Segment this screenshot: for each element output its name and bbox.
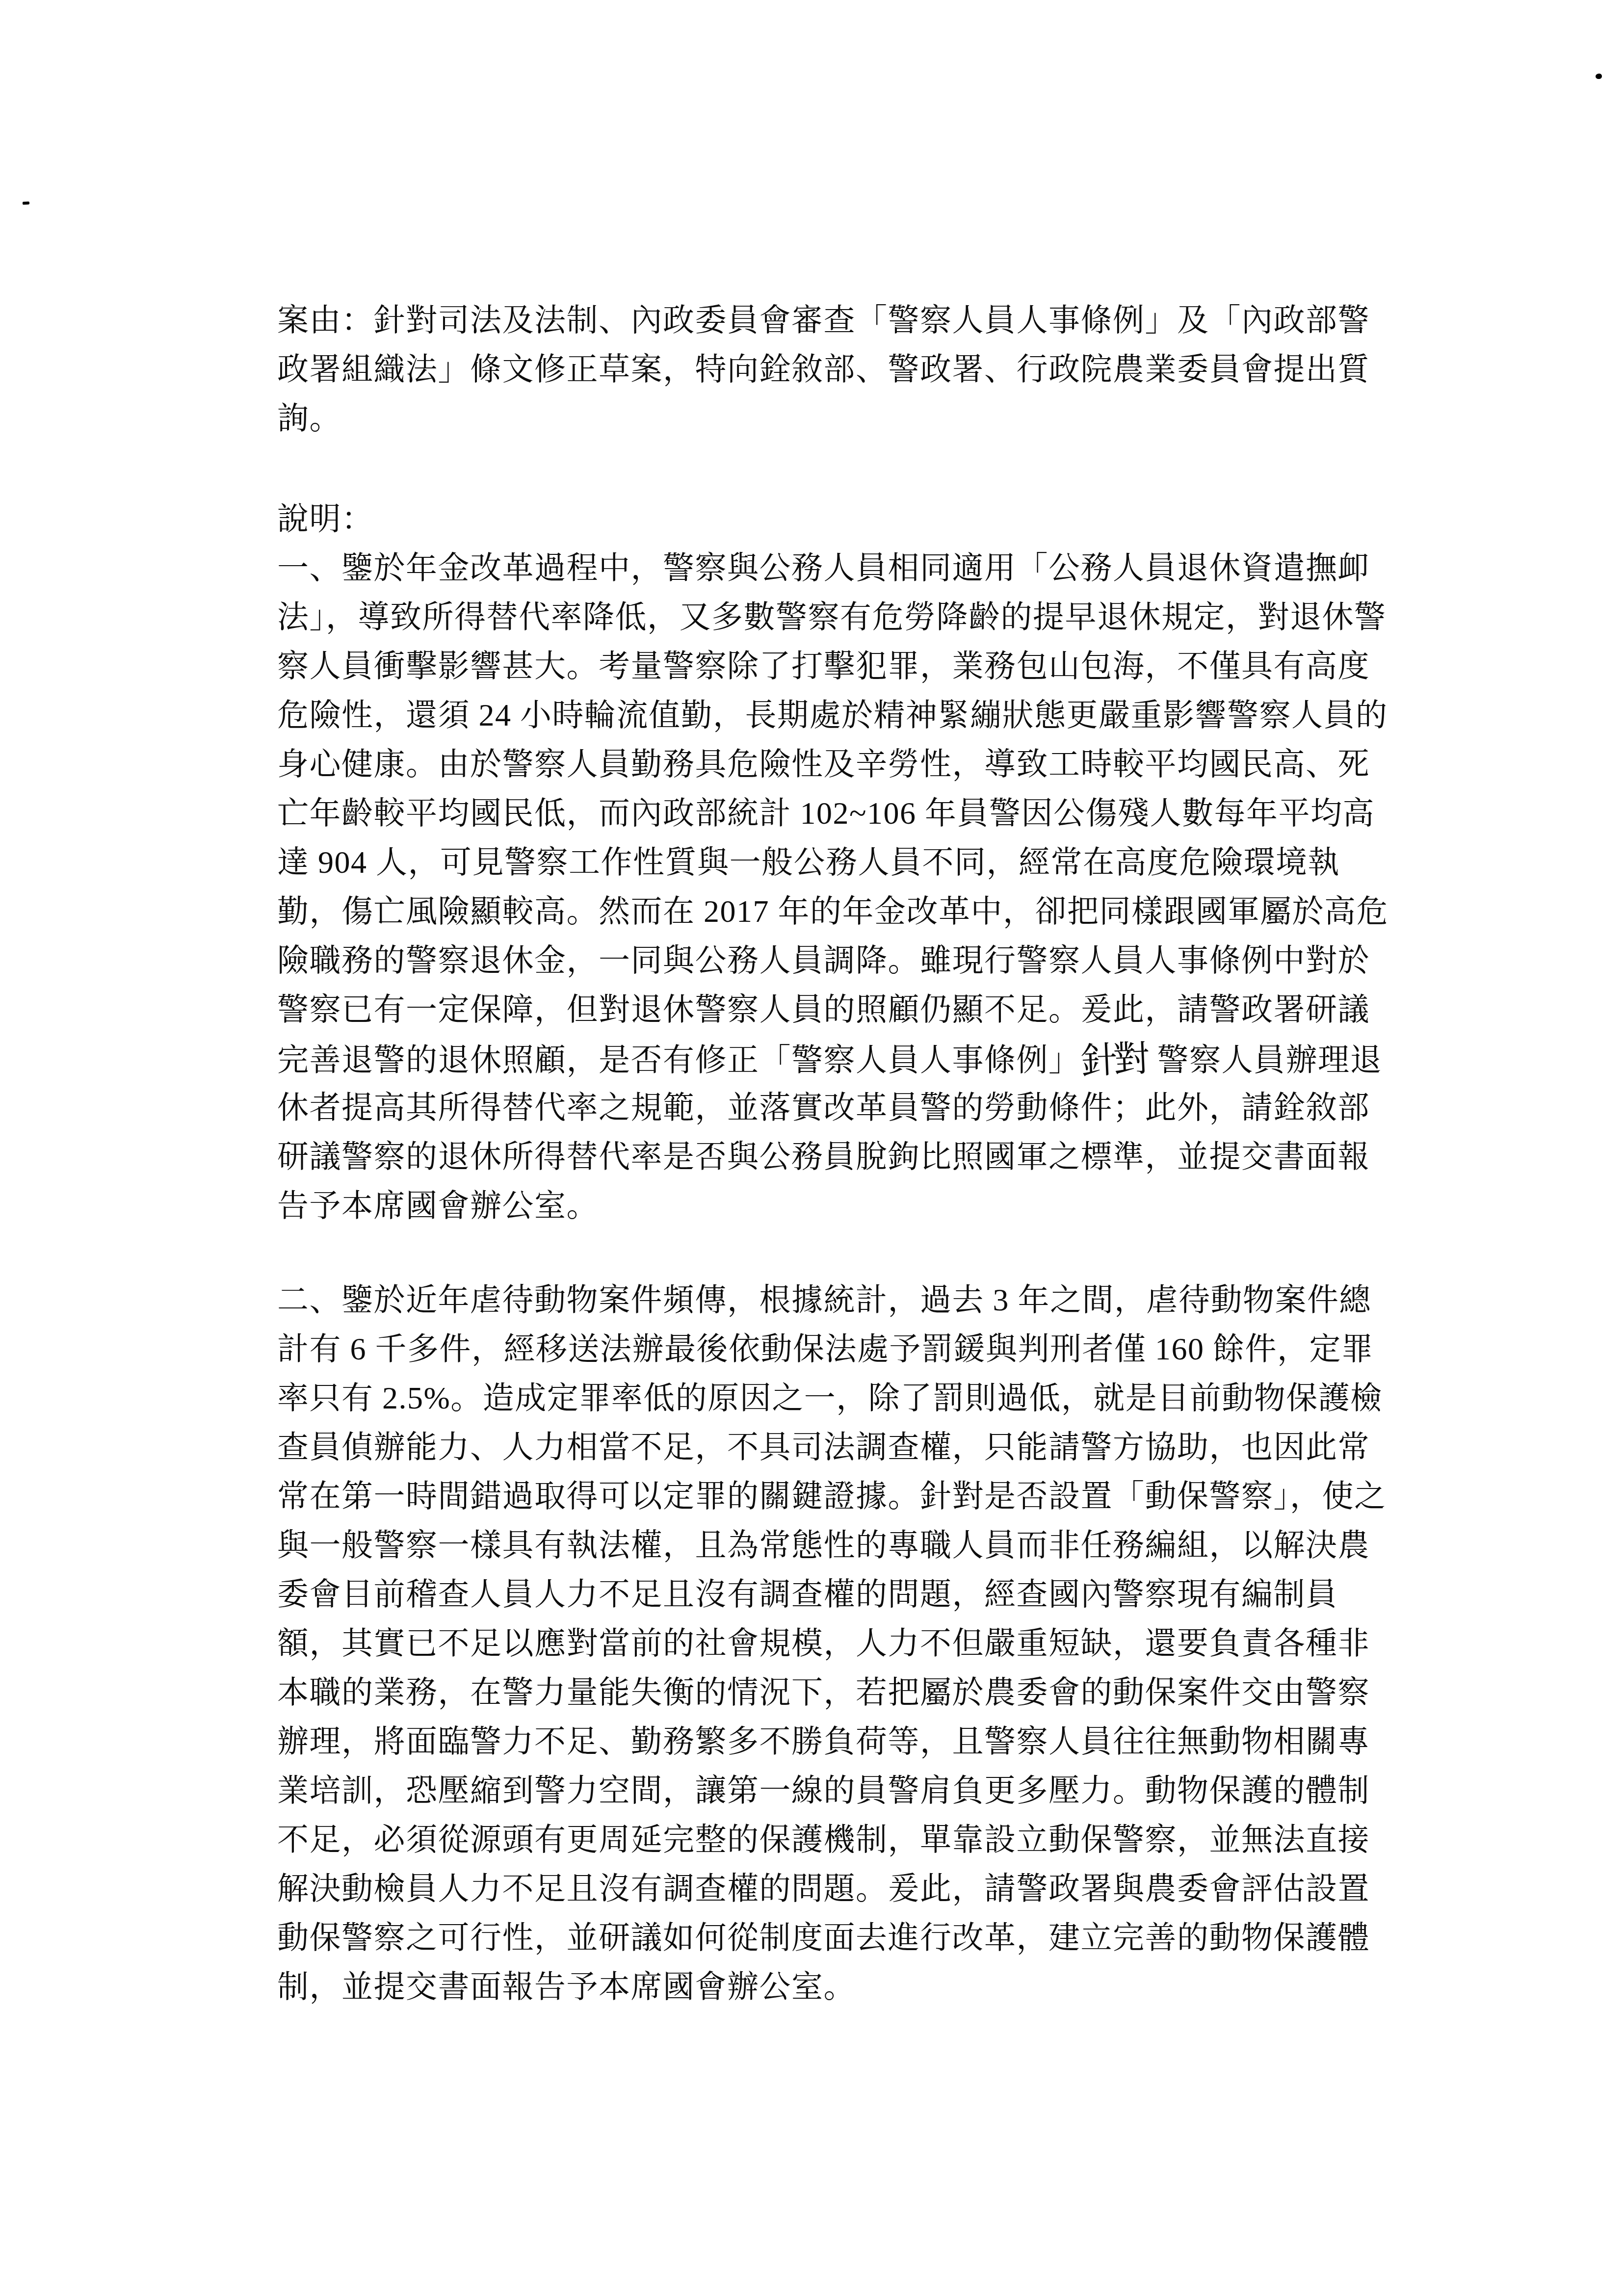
item1-line: 察人員衝擊影響甚大。考量警察除了打擊犯罪，業務包山包海，不僅具有高度 (277, 642, 1474, 691)
item2-line: 解決動檢員人力不足且沒有調查權的問題。爰此，請警政署與農委會評估設置 (277, 1864, 1474, 1913)
item1-line: 達 904 人，可見警察工作性質與一般公務人員不同，經常在高度危險環境執 (277, 838, 1474, 887)
explanation-heading: 說明： (277, 495, 1474, 544)
item2-line: 動保警察之可行性，並研議如何從制度面去進行改革，建立完善的動物保護體 (277, 1913, 1474, 1962)
explanation-section: 說明： 一、鑒於年金改革過程中，警察與公務人員相同適用「公務人員退休資遣撫卹 法… (277, 495, 1474, 1230)
item1-line: 研議警察的退休所得替代率是否與公務員脫鉤比照國軍之標準，並提交書面報 (277, 1132, 1474, 1181)
case-line: 政署組織法」條文修正草案，特向銓敘部、警政署、行政院農業委員會提出質 (277, 345, 1474, 394)
document-page: 案由：針對司法及法制、內政委員會審查「警察人員人事條例」及「內政部警 政署組織法… (0, 0, 1624, 2296)
case-paragraph: 案由：針對司法及法制、內政委員會審查「警察人員人事條例」及「內政部警 政署組織法… (277, 296, 1474, 443)
item2-line: 二、鑒於近年虐待動物案件頻傳，根據統計，過去 3 年之間，虐待動物案件總 (277, 1276, 1474, 1325)
explanation-item-2: 二、鑒於近年虐待動物案件頻傳，根據統計，過去 3 年之間，虐待動物案件總 計有 … (277, 1276, 1474, 2011)
item2-line: 額，其實已不足以應對當前的社會規模，人力不但嚴重短缺，還要負責各種非 (277, 1619, 1474, 1668)
item2-line: 辦理，將面臨警力不足、勤務繁多不勝負荷等，且警察人員往往無動物相關專 (277, 1717, 1474, 1766)
item1-line: 休者提高其所得替代率之規範，並落實改革員警的勞動條件；此外，請銓敘部 (277, 1083, 1474, 1132)
item1-line: 一、鑒於年金改革過程中，警察與公務人員相同適用「公務人員退休資遣撫卹 (277, 544, 1474, 593)
item2-line: 委會目前稽查人員人力不足且沒有調查權的問題，經查國內警察現有編制員 (277, 1570, 1474, 1619)
item2-line: 不足，必須從源頭有更周延完整的保護機制，單靠設立動保警察，並無法直接 (277, 1815, 1474, 1864)
printed-text-before-insertion: 完善退警的退休照顧，是否有修正「警察人員人事條例」 (277, 1043, 1081, 1077)
item2-line: 制，並提交書面報告予本席國會辦公室。 (277, 1962, 1474, 2011)
item2-line: 計有 6 千多件，經移送法辦最後依動保法處予罰鍰與判刑者僅 160 餘件，定罪 (277, 1325, 1474, 1374)
item2-line: 業培訓，恐壓縮到警力空間，讓第一線的員警肩負更多壓力。動物保護的體制 (277, 1766, 1474, 1815)
printed-text-after-insertion: 警察人員辦理退 (1157, 1043, 1383, 1077)
scan-speck (23, 202, 29, 205)
item1-line: 警察已有一定保障，但對退休警察人員的照顧仍顯不足。爰此，請警政署研議 (277, 985, 1474, 1034)
item1-line: 險職務的警察退休金，一同與公務人員調降。雖現行警察人員人事條例中對於 (277, 936, 1474, 985)
scan-speck (1596, 74, 1602, 79)
item1-line: 告予本席國會辦公室。 (277, 1181, 1474, 1230)
item1-line: 危險性，還須 24 小時輪流值勤，長期處於精神緊繃狀態更嚴重影響警察人員的 (277, 691, 1474, 740)
item1-line: 身心健康。由於警察人員勤務具危險性及辛勞性，導致工時較平均國民高、死 (277, 740, 1474, 789)
item2-line: 率只有 2.5%。造成定罪率低的原因之一，除了罰則過低，就是目前動物保護檢 (277, 1374, 1474, 1423)
case-line: 詢。 (277, 394, 1474, 443)
item1-line-with-insertion: 完善退警的退休照顧，是否有修正「警察人員人事條例」針對警察人員辦理退 (277, 1034, 1474, 1083)
item1-line: 法」，導致所得替代率降低，又多數警察有危勞降齡的提早退休規定，對退休警 (277, 593, 1474, 642)
handwritten-annotation: 針對 (1080, 1034, 1158, 1087)
item2-line: 查員偵辦能力、人力相當不足，不具司法調查權，只能請警方協助，也因此常 (277, 1423, 1474, 1472)
item1-line: 勤，傷亡風險顯較高。然而在 2017 年的年金改革中，卻把同樣跟國軍屬於高危 (277, 887, 1474, 936)
item2-line: 本職的業務，在警力量能失衡的情況下，若把屬於農委會的動保案件交由警察 (277, 1668, 1474, 1717)
item1-line: 亡年齡較平均國民低，而內政部統計 102~106 年員警因公傷殘人數每年平均高 (277, 789, 1474, 838)
case-line: 案由：針對司法及法制、內政委員會審查「警察人員人事條例」及「內政部警 (277, 296, 1474, 345)
item2-line: 常在第一時間錯過取得可以定罪的關鍵證據。針對是否設置「動保警察」，使之 (277, 1472, 1474, 1521)
item2-line: 與一般警察一樣具有執法權，且為常態性的專職人員而非任務編組，以解決農 (277, 1521, 1474, 1570)
